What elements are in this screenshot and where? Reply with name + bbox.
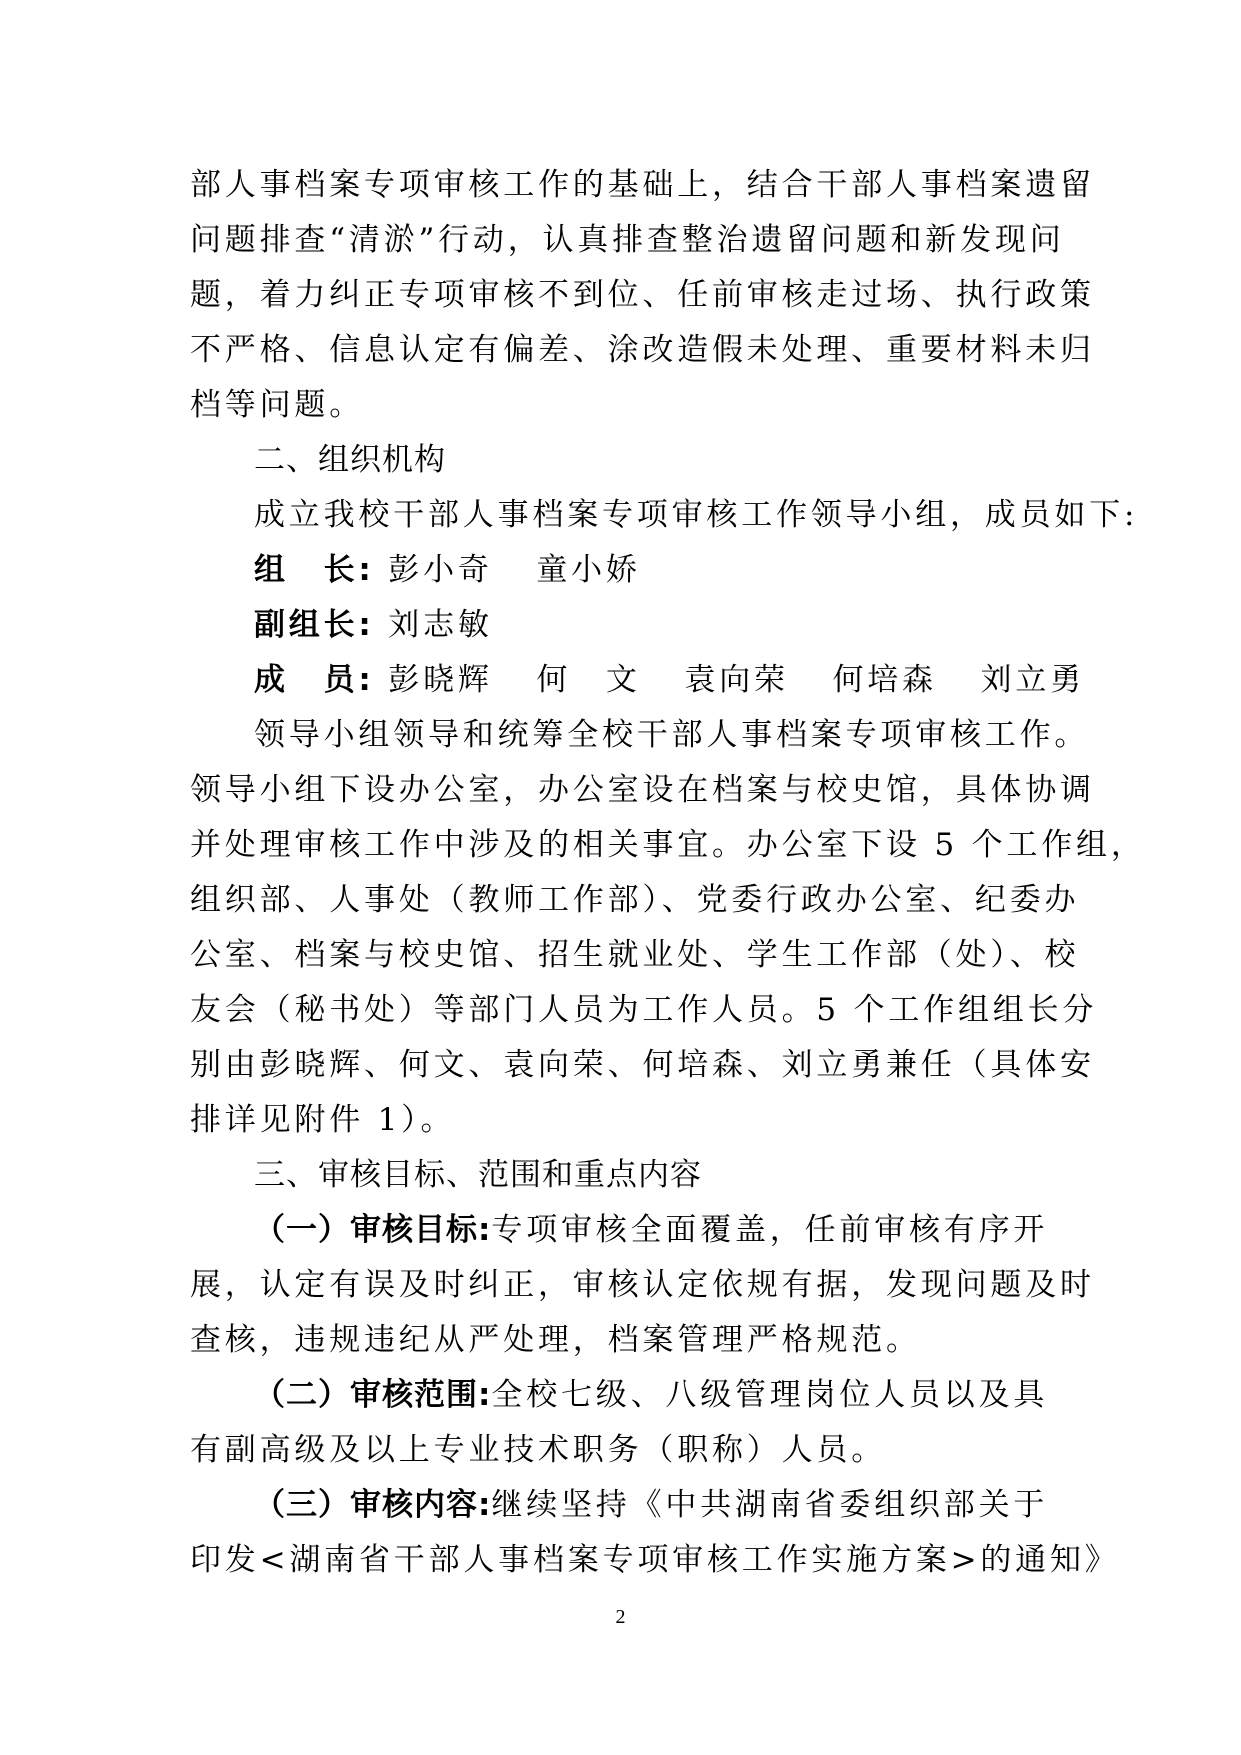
scope-text: 全校七级、八级管理岗位人员以及具 [491,1377,1048,1413]
section-audit-goals: 三、审核目标、范围和重点内容 （一）审核目标:专项审核全面覆盖，任前审核有序开 … [190,1148,1050,1588]
text-line: 组织部、人事处（教师工作部）、党委行政办公室、纪委办 [190,873,1050,928]
text-line: 部人事档案专项审核工作的基础上，结合干部人事档案遗留 [190,158,1050,213]
text-line: 印发<湖南省干部人事档案专项审核工作实施方案>的通知》 [190,1533,1050,1588]
person-name: 童小娇 [536,543,640,598]
person-name: 彭晓辉 [388,653,492,708]
section-intro: 成立我校干部人事档案专项审核工作领导小组，成员如下: [190,488,1050,543]
deputy-leader-row: 副组长: 刘志敏 [190,598,1050,653]
goal-text: 专项审核全面覆盖，任前审核有序开 [491,1212,1048,1248]
section-organization: 二、组织机构 成立我校干部人事档案专项审核工作领导小组，成员如下: 组 长: 彭… [190,433,1050,1148]
text-line: 题，着力纠正专项审核不到位、任前审核走过场、执行政策 [190,268,1050,323]
text-line: 有副高级及以上专业技术职务（职称）人员。 [190,1423,1050,1478]
text-line: 排详见附件 1）。 [190,1093,1050,1148]
page-number: 2 [0,1606,1241,1629]
goal-first-line: （一）审核目标:专项审核全面覆盖，任前审核有序开 [190,1203,1050,1258]
person-name: 刘立勇 [981,653,1085,708]
text-line: 展，认定有误及时纠正，审核认定依规有据，发现问题及时 [190,1258,1050,1313]
leader-row: 组 长: 彭小奇 童小娇 [190,543,1050,598]
leader-label: 组 长: [254,552,375,588]
members-row: 成 员: 彭晓辉 何 文 袁向荣 何培森 刘立勇 [190,653,1050,708]
section-heading: 三、审核目标、范围和重点内容 [190,1148,1050,1203]
person-name: 何 文 [536,653,640,708]
text-line: 领导小组领导和统筹全校干部人事档案专项审核工作。 [190,708,1050,763]
text-line: 友会（秘书处）等部门人员为工作人员。5 个工作组组长分 [190,983,1050,1038]
content-text: 继续坚持《中共湖南省委组织部关于 [491,1487,1048,1523]
goal-label: （一）审核目标: [254,1212,491,1248]
deputy-leader-label: 副组长: [254,607,375,643]
person-name: 袁向荣 [684,653,788,708]
person-name: 何培森 [832,653,936,708]
scope-label: （二）审核范围: [254,1377,491,1413]
content-first-line: （三）审核内容:继续坚持《中共湖南省委组织部关于 [190,1478,1050,1533]
text-line: 别由彭晓辉、何文、袁向荣、何培森、刘立勇兼任（具体安 [190,1038,1050,1093]
text-line: 不严格、信息认定有偏差、涂改造假未处理、重要材料未归 [190,323,1050,378]
text-line: 查核，违规违纪从严处理，档案管理严格规范。 [190,1313,1050,1368]
text-line: 并处理审核工作中涉及的相关事宜。办公室下设 5 个工作组， [190,818,1050,873]
text-line: 公室、档案与校史馆、招生就业处、学生工作部（处）、校 [190,928,1050,983]
text-line: 领导小组下设办公室，办公室设在档案与校史馆，具体协调 [190,763,1050,818]
content-label: （三）审核内容: [254,1487,491,1523]
members-label: 成 员: [254,662,375,698]
section-heading: 二、组织机构 [190,433,1050,488]
text-line: 档等问题。 [190,378,1050,433]
text-line: 问题排查“清淤”行动，认真排查整治遗留问题和新发现问 [190,213,1050,268]
scope-first-line: （二）审核范围:全校七级、八级管理岗位人员以及具 [190,1368,1050,1423]
person-name: 刘志敏 [388,598,492,653]
document-page: 部人事档案专项审核工作的基础上，结合干部人事档案遗留 问题排查“清淤”行动，认真… [190,158,1050,1588]
paragraph-continuation: 部人事档案专项审核工作的基础上，结合干部人事档案遗留 问题排查“清淤”行动，认真… [190,158,1050,433]
person-name: 彭小奇 [388,543,492,598]
